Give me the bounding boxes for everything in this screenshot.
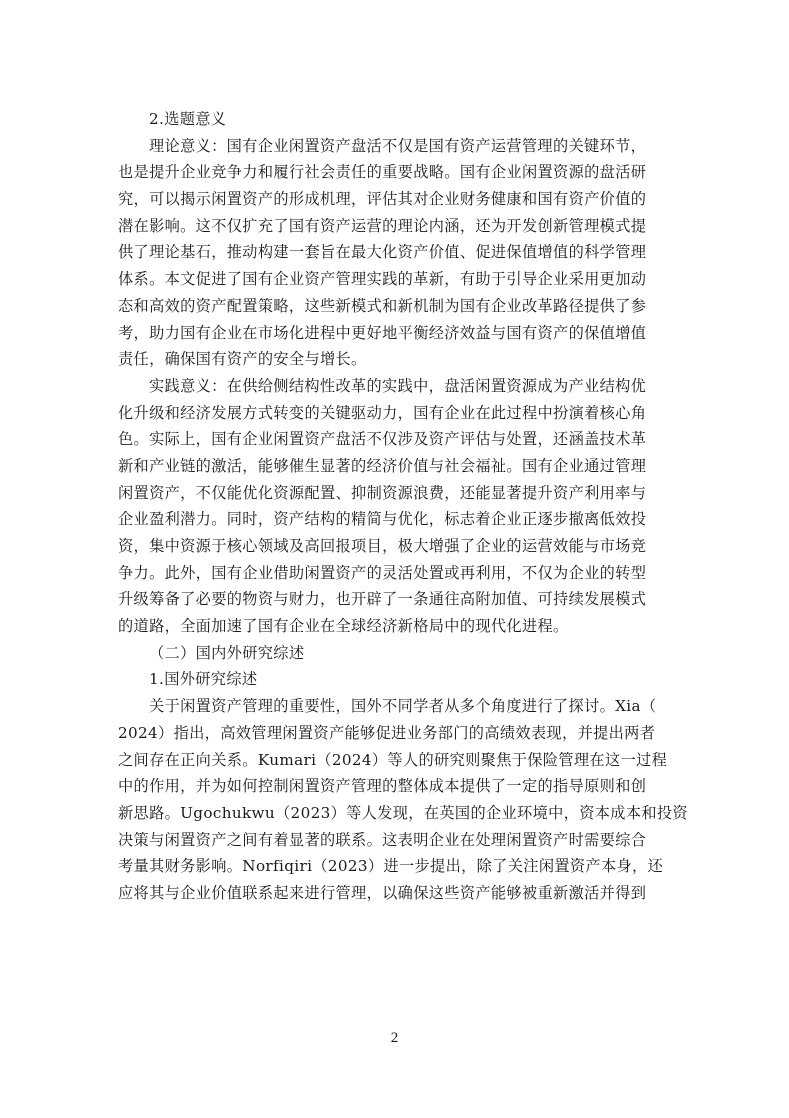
text-line: 考，助力国有企业在市场化进程中更好地平衡经济效益与国有资产的保值增值 (118, 320, 698, 347)
text-line: 也是提升企业竞争力和履行社会责任的重要战略。国有企业闲置资源的盘活研 (118, 159, 698, 186)
section-heading-literature-review: （二）国内外研究综述 (118, 640, 698, 667)
document-body: 2.选题意义 理论意义：国有企业闲置资产盘活不仅是国有资产运营管理的关键环节， … (118, 106, 698, 907)
text-line: 2024）指出，高效管理闲置资产能够促进业务部门的高绩效表现，并提出两者 (118, 720, 698, 747)
text-line: 新和产业链的激活，能够催生显著的经济价值与社会福祉。国有企业通过管理 (118, 453, 698, 480)
text-line: 中的作用，并为如何控制闲置资产管理的整体成本提供了一定的指导原则和创 (118, 773, 698, 800)
text-line: 闲置资产，不仅能优化资源配置、抑制资源浪费，还能显著提升资产利用率与 (118, 480, 698, 507)
subheading-topic-significance: 2.选题意义 (118, 106, 698, 133)
text-line: 供了理论基石，推动构建一套旨在最大化资产价值、促进保值增值的科学管理 (118, 239, 698, 266)
paragraph-foreign-research: 关于闲置资产管理的重要性，国外不同学者从多个角度进行了探讨。Xia（ (118, 693, 698, 720)
page-number: 2 (0, 1030, 789, 1047)
text-line: 升级筹备了必要的物资与财力，也开辟了一条通往高附加值、可持续发展模式 (118, 586, 698, 613)
subheading-foreign-research: 1.国外研究综述 (118, 666, 698, 693)
text-line: 新思路。Ugochukwu（2023）等人发现，在英国的企业环境中，资本成本和投… (118, 800, 698, 827)
paragraph-practical-significance: 实践意义：在供给侧结构性改革的实践中，盘活闲置资源成为产业结构优 (118, 373, 698, 400)
text-line: 考量其财务影响。Norfiqiri（2023）进一步提出，除了关注闲置资产本身，… (118, 853, 698, 880)
text-line: 化升级和经济发展方式转变的关键驱动力，国有企业在此过程中扮演着核心角 (118, 400, 698, 427)
text-line: 决策与闲置资产之间有着显著的联系。这表明企业在处理闲置资产时需要综合 (118, 827, 698, 854)
text-line: 潜在影响。这不仅扩充了国有资产运营的理论内涵，还为开发创新管理模式提 (118, 213, 698, 240)
text-line: 的道路，全面加速了国有企业在全球经济新格局中的现代化进程。 (118, 613, 698, 640)
paragraph-theoretical-significance: 理论意义：国有企业闲置资产盘活不仅是国有资产运营管理的关键环节， (118, 133, 698, 160)
text-line: 应将其与企业价值联系起来进行管理，以确保这些资产能够被重新激活并得到 (118, 880, 698, 907)
text-line: 态和高效的资产配置策略，这些新模式和新机制为国有企业改革路径提供了参 (118, 293, 698, 320)
text-line: 究，可以揭示闲置资产的形成机理，评估其对企业财务健康和国有资产价值的 (118, 186, 698, 213)
text-line: 体系。本文促进了国有企业资产管理实践的革新，有助于引导企业采用更加动 (118, 266, 698, 293)
text-line: 色。实际上，国有企业闲置资产盘活不仅涉及资产评估与处置，还涵盖技术革 (118, 426, 698, 453)
text-line: 争力。此外，国有企业借助闲置资产的灵活处置或再利用，不仅为企业的转型 (118, 560, 698, 587)
text-line: 之间存在正向关系。Kumari（2024）等人的研究则聚焦于保险管理在这一过程 (118, 747, 698, 774)
text-line: 责任，确保国有资产的安全与增长。 (118, 346, 698, 373)
text-line: 企业盈利潜力。同时，资产结构的精简与优化，标志着企业正逐步撤离低效投 (118, 506, 698, 533)
text-line: 资，集中资源于核心领域及高回报项目，极大增强了企业的运营效能与市场竞 (118, 533, 698, 560)
document-page: 2.选题意义 理论意义：国有企业闲置资产盘活不仅是国有资产运营管理的关键环节， … (0, 0, 789, 1118)
